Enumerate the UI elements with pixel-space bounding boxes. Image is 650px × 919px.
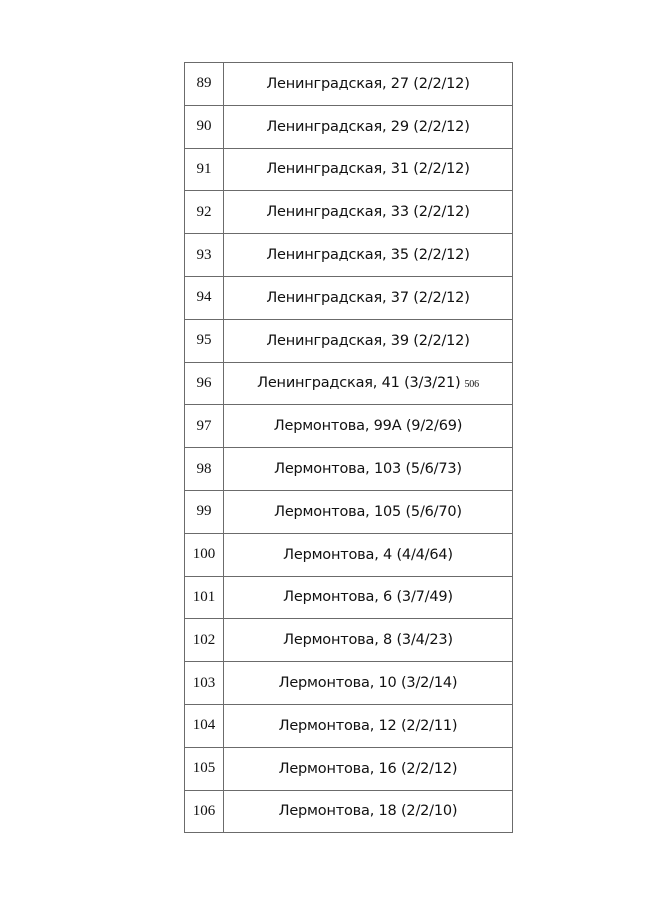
document-page: 89Ленинградская, 27 (2/2/12)90Ленинградс… (0, 0, 650, 919)
row-number: 94 (185, 276, 224, 319)
address-text: Лермонтова, 4 (4/4/64) (283, 547, 453, 563)
address-cell: Ленинградская, 39 (2/2/12) (224, 319, 513, 362)
address-cell: Лермонтова, 4 (4/4/64) (224, 533, 513, 576)
table-row: 92Ленинградская, 33 (2/2/12) (185, 191, 513, 234)
table-row: 105Лермонтова, 16 (2/2/12) (185, 747, 513, 790)
address-cell: Ленинградская, 31 (2/2/12) (224, 148, 513, 191)
address-text: Лермонтова, 105 (5/6/70) (274, 504, 462, 520)
row-number: 106 (185, 790, 224, 833)
row-number: 103 (185, 662, 224, 705)
row-number: 91 (185, 148, 224, 191)
row-number: 97 (185, 405, 224, 448)
address-table: 89Ленинградская, 27 (2/2/12)90Ленинградс… (184, 62, 513, 833)
address-table-body: 89Ленинградская, 27 (2/2/12)90Ленинградс… (185, 63, 513, 833)
table-row: 97Лермонтова, 99А (9/2/69) (185, 405, 513, 448)
address-text: Лермонтова, 99А (9/2/69) (274, 418, 462, 434)
table-row: 89Ленинградская, 27 (2/2/12) (185, 63, 513, 106)
address-cell: Лермонтова, 12 (2/2/11) (224, 704, 513, 747)
address-text: Ленинградская, 27 (2/2/12) (266, 76, 469, 92)
table-row: 106Лермонтова, 18 (2/2/10) (185, 790, 513, 833)
row-number: 98 (185, 448, 224, 491)
row-number: 90 (185, 105, 224, 148)
address-text: Лермонтова, 18 (2/2/10) (279, 803, 458, 819)
row-number: 105 (185, 747, 224, 790)
address-cell: Лермонтова, 8 (3/4/23) (224, 619, 513, 662)
row-number: 101 (185, 576, 224, 619)
address-text: Лермонтова, 10 (3/2/14) (279, 675, 458, 691)
address-text: Ленинградская, 37 (2/2/12) (266, 290, 469, 306)
page-note: 506 (464, 379, 478, 390)
row-number: 96 (185, 362, 224, 405)
row-number: 93 (185, 234, 224, 277)
row-number: 99 (185, 490, 224, 533)
address-cell: Ленинградская, 33 (2/2/12) (224, 191, 513, 234)
table-row: 98Лермонтова, 103 (5/6/73) (185, 448, 513, 491)
address-cell: Ленинградская, 37 (2/2/12) (224, 276, 513, 319)
address-text: Лермонтова, 8 (3/4/23) (283, 632, 453, 648)
table-row: 90Ленинградская, 29 (2/2/12) (185, 105, 513, 148)
table-row: 101Лермонтова, 6 (3/7/49) (185, 576, 513, 619)
address-cell: Лермонтова, 103 (5/6/73) (224, 448, 513, 491)
address-cell: Лермонтова, 18 (2/2/10) (224, 790, 513, 833)
table-row: 102Лермонтова, 8 (3/4/23) (185, 619, 513, 662)
address-text: Лермонтова, 103 (5/6/73) (274, 461, 462, 477)
row-number: 104 (185, 704, 224, 747)
table-row: 99Лермонтова, 105 (5/6/70) (185, 490, 513, 533)
row-number: 95 (185, 319, 224, 362)
table-row: 104Лермонтова, 12 (2/2/11) (185, 704, 513, 747)
table-row: 95Ленинградская, 39 (2/2/12) (185, 319, 513, 362)
address-text: Ленинградская, 39 (2/2/12) (266, 333, 469, 349)
address-text: Лермонтова, 6 (3/7/49) (283, 589, 453, 605)
row-number: 102 (185, 619, 224, 662)
address-cell: Лермонтова, 99А (9/2/69) (224, 405, 513, 448)
address-cell: Ленинградская, 27 (2/2/12) (224, 63, 513, 106)
table-row: 96Ленинградская, 41 (3/3/21)506 (185, 362, 513, 405)
address-cell: Ленинградская, 41 (3/3/21)506 (224, 362, 513, 405)
address-text: Ленинградская, 31 (2/2/12) (266, 161, 469, 177)
address-text: Лермонтова, 16 (2/2/12) (279, 761, 458, 777)
address-text: Лермонтова, 12 (2/2/11) (279, 718, 458, 734)
row-number: 92 (185, 191, 224, 234)
table-row: 94Ленинградская, 37 (2/2/12) (185, 276, 513, 319)
table-row: 100Лермонтова, 4 (4/4/64) (185, 533, 513, 576)
address-cell: Лермонтова, 10 (3/2/14) (224, 662, 513, 705)
row-number: 89 (185, 63, 224, 106)
address-cell: Лермонтова, 6 (3/7/49) (224, 576, 513, 619)
address-cell: Ленинградская, 35 (2/2/12) (224, 234, 513, 277)
row-number: 100 (185, 533, 224, 576)
address-text: Ленинградская, 29 (2/2/12) (266, 119, 469, 135)
address-cell: Ленинградская, 29 (2/2/12) (224, 105, 513, 148)
table-row: 103Лермонтова, 10 (3/2/14) (185, 662, 513, 705)
table-row: 93Ленинградская, 35 (2/2/12) (185, 234, 513, 277)
address-cell: Лермонтова, 16 (2/2/12) (224, 747, 513, 790)
table-row: 91Ленинградская, 31 (2/2/12) (185, 148, 513, 191)
address-text: Ленинградская, 41 (3/3/21) (257, 375, 460, 391)
address-text: Ленинградская, 35 (2/2/12) (266, 247, 469, 263)
address-text: Ленинградская, 33 (2/2/12) (266, 204, 469, 220)
address-cell: Лермонтова, 105 (5/6/70) (224, 490, 513, 533)
